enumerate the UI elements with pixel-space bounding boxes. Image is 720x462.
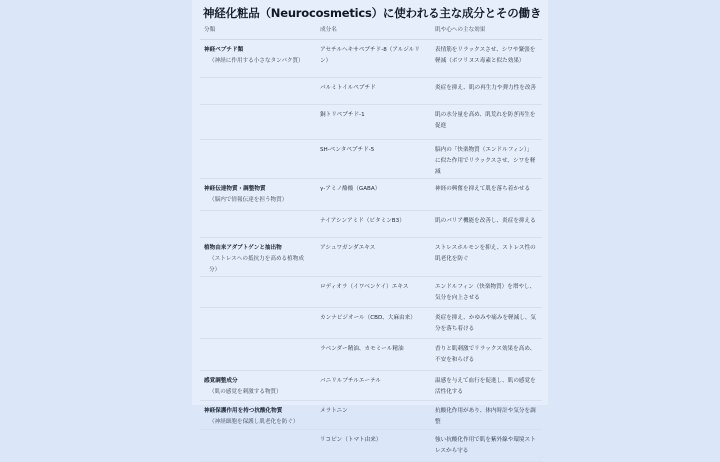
- table-row: 神経ペプチド類（神経に作用する小さなタンパク質）アセチルヘキサペプチド-8（アル…: [200, 40, 542, 78]
- table-row: カンナビジオール（CBD、大麻由来）炎症を抑え、かゆみや痛みを軽減し、気分を落ち…: [200, 308, 542, 339]
- effect-cell: 炎症を抑え、かゆみや痛みを軽減し、気分を落ち着ける: [431, 308, 542, 339]
- ingredient-cell: ロディオラ（イワベンケイ）エキス: [316, 277, 431, 308]
- table-row: 銅トリペプチド-1肌の水分量を高め、肌荒れを防ぎ再生を促進: [200, 105, 542, 140]
- category-note: （肌の感覚を刺激する物質）: [204, 387, 312, 398]
- table-row: 神経伝達物質・調整物質（脳内で情報伝達を担う物質）γ-アミノ酪酸（GABA）神経…: [200, 179, 542, 211]
- ingredient-cell: バニリルブチルエーテル: [316, 371, 431, 401]
- table-row: ナイアシンアミド（ビタミンB3）肌のバリア機能を改善し、炎症を抑える: [200, 211, 542, 238]
- category-label: 神経ペプチド類: [204, 47, 243, 53]
- ingredient-cell: 銅トリペプチド-1: [316, 105, 431, 140]
- table-row: 植物由来アダプトゲンと抽出物（ストレスへの抵抗力を高める植物成分）アシュワガンダ…: [200, 238, 542, 277]
- ingredient-cell: カンナビジオール（CBD、大麻由来）: [316, 308, 431, 339]
- category-cell: [200, 140, 316, 179]
- table-header-row: 分類 成分名 肌や心への主な効果: [200, 18, 542, 40]
- table-row: 神経保護作用を持つ抗酸化物質（神経細胞を保護し肌老化を防ぐ）メラトニン抗酸化作用…: [200, 401, 542, 406]
- category-label: 植物由来アダプトゲンと抽出物: [204, 245, 282, 251]
- category-cell: 神経伝達物質・調整物質（脳内で情報伝達を担う物質）: [200, 179, 316, 211]
- table-row: パルミトイルペプチド炎症を抑え、肌の再生力や弾力性を改善: [200, 78, 542, 105]
- category-label: 神経伝達物質・調整物質: [204, 186, 266, 192]
- category-note: （脳内で情報伝達を担う物質）: [204, 195, 312, 206]
- category-cell: 神経保護作用を持つ抗酸化物質（神経細胞を保護し肌老化を防ぐ）: [200, 401, 316, 406]
- category-cell: 植物由来アダプトゲンと抽出物（ストレスへの抵抗力を高める植物成分）: [200, 238, 316, 277]
- ingredient-cell: ナイアシンアミド（ビタミンB3）: [316, 211, 431, 238]
- effect-cell: 温感を与えて血行を促進し、肌の感覚を活性化する: [431, 371, 542, 401]
- effect-cell: 香りと肌刺激でリラックス効果を高め、不安を和らげる: [431, 339, 542, 371]
- header-category: 分類: [200, 18, 316, 40]
- ingredient-cell: パルミトイルペプチド: [316, 78, 431, 105]
- ingredient-cell: アシュワガンダエキス: [316, 238, 431, 277]
- category-note: （神経に作用する小さなタンパク質）: [204, 56, 312, 67]
- category-cell: [200, 339, 316, 371]
- effect-cell: エンドルフィン（快楽物質）を増やし、気分を向上させる: [431, 277, 542, 308]
- ingredient-cell: メラトニン: [316, 401, 431, 406]
- effect-cell: ストレスホルモンを抑え、ストレス性の肌老化を防ぐ: [431, 238, 542, 277]
- category-cell: [200, 211, 316, 238]
- ingredient-cell: SH-ペンタペプチド-5: [316, 140, 431, 179]
- effect-cell: 脳内の「快楽物質（エンドルフィン）」に似た作用でリラックスさせ、シワを軽減: [431, 140, 542, 179]
- effect-cell: 表情筋をリラックスさせ、シワや緊張を軽減（ボツリヌス毒素と似た効果）: [431, 40, 542, 78]
- table-row: ラベンダー精油、カモミール精油香りと肌刺激でリラックス効果を高め、不安を和らげる: [200, 339, 542, 371]
- category-cell: 感覚調整成分（肌の感覚を刺激する物質）: [200, 371, 316, 401]
- effect-cell: 肌のバリア機能を改善し、炎症を抑える: [431, 211, 542, 238]
- category-cell: [200, 277, 316, 308]
- category-label: 感覚調整成分: [204, 378, 238, 384]
- category-cell: [200, 308, 316, 339]
- table-row: ロディオラ（イワベンケイ）エキスエンドルフィン（快楽物質）を増やし、気分を向上さ…: [200, 277, 542, 308]
- effect-cell: 炎症を抑え、肌の再生力や弾力性を改善: [431, 78, 542, 105]
- category-note: （ストレスへの抵抗力を高める植物成分）: [204, 254, 312, 276]
- category-cell: [200, 78, 316, 105]
- ingredient-cell: アセチルヘキサペプチド-8（アルジルリン）: [316, 40, 431, 78]
- header-ingredient: 成分名: [316, 18, 431, 40]
- category-cell: 神経ペプチド類（神経に作用する小さなタンパク質）: [200, 40, 316, 78]
- category-cell: [200, 105, 316, 140]
- table-row: SH-ペンタペプチド-5脳内の「快楽物質（エンドルフィン）」に似た作用でリラック…: [200, 140, 542, 179]
- effect-cell: 神経の興奮を抑えて肌を落ち着かせる: [431, 179, 542, 211]
- ingredient-cell: γ-アミノ酪酸（GABA）: [316, 179, 431, 211]
- ingredients-table: 分類 成分名 肌や心への主な効果 神経ペプチド類（神経に作用する小さなタンパク質…: [200, 18, 542, 405]
- effect-cell: 抗酸化作用があり、体内時計や気分を調整: [431, 401, 542, 406]
- effect-cell: 肌の水分量を高め、肌荒れを防ぎ再生を促進: [431, 105, 542, 140]
- header-effect: 肌や心への主な効果: [431, 18, 542, 40]
- table-row: 感覚調整成分（肌の感覚を刺激する物質）バニリルブチルエーテル温感を与えて血行を促…: [200, 371, 542, 401]
- ingredient-cell: ラベンダー精油、カモミール精油: [316, 339, 431, 371]
